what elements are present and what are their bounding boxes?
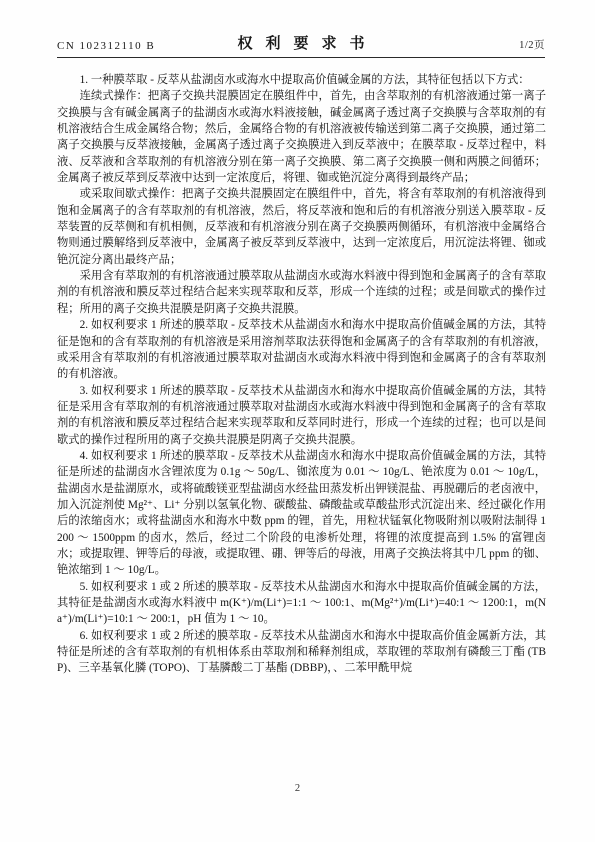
page-header: CN 102312110 B 权利要求书 1/2页 bbox=[57, 34, 545, 58]
page-number: 2 bbox=[295, 783, 300, 794]
claim-paragraph: 5. 如权利要求 1 或 2 所述的膜萃取 - 反萃技术从盐湖卤水和海水中提取高… bbox=[57, 579, 546, 628]
claim-paragraph: 采用含有萃取剂的有机溶液通过膜萃取从盐湖卤水或海水料液中得到饱和金属离子的含有萃… bbox=[57, 268, 546, 317]
patent-claims-page: CN 102312110 B 权利要求书 1/2页 1. 一种膜萃取 - 反萃从… bbox=[0, 0, 595, 842]
claim-paragraph: 3. 如权利要求 1 所述的膜萃取 - 反萃技术从盐湖卤水和海水中提取高价值碱金… bbox=[57, 383, 546, 448]
claim-paragraph: 或采取间歇式操作：把离子交换共混膜固定在膜组件中，首先，将含有萃取剂的有机溶液得… bbox=[57, 186, 546, 268]
claim-paragraph: 连续式操作：把离子交换共混膜固定在膜组件中，首先，由含萃取剂的有机溶液通过第一离… bbox=[57, 88, 546, 186]
claims-text: 1. 一种膜萃取 - 反萃从盐湖卤水或海水中提取高价值碱金属的方法，其特征包括以… bbox=[57, 72, 546, 677]
page-footer: 2 bbox=[0, 783, 595, 794]
claim-paragraph: 2. 如权利要求 1 所述的膜萃取 - 反萃技术从盐湖卤水和海水中提取高价值碱金… bbox=[57, 317, 546, 382]
claim-paragraph: 4. 如权利要求 1 所述的膜萃取 - 反萃技术从盐湖卤水和海水中提取高价值碱金… bbox=[57, 448, 546, 579]
page-title: 权利要求书 bbox=[57, 32, 545, 53]
claim-paragraph: 1. 一种膜萃取 - 反萃从盐湖卤水或海水中提取高价值碱金属的方法，其特征包括以… bbox=[57, 72, 546, 88]
claim-paragraph: 6. 如权利要求 1 或 2 所述的膜萃取 - 反萃技术从盐湖卤水和海水中提取高… bbox=[57, 628, 546, 677]
